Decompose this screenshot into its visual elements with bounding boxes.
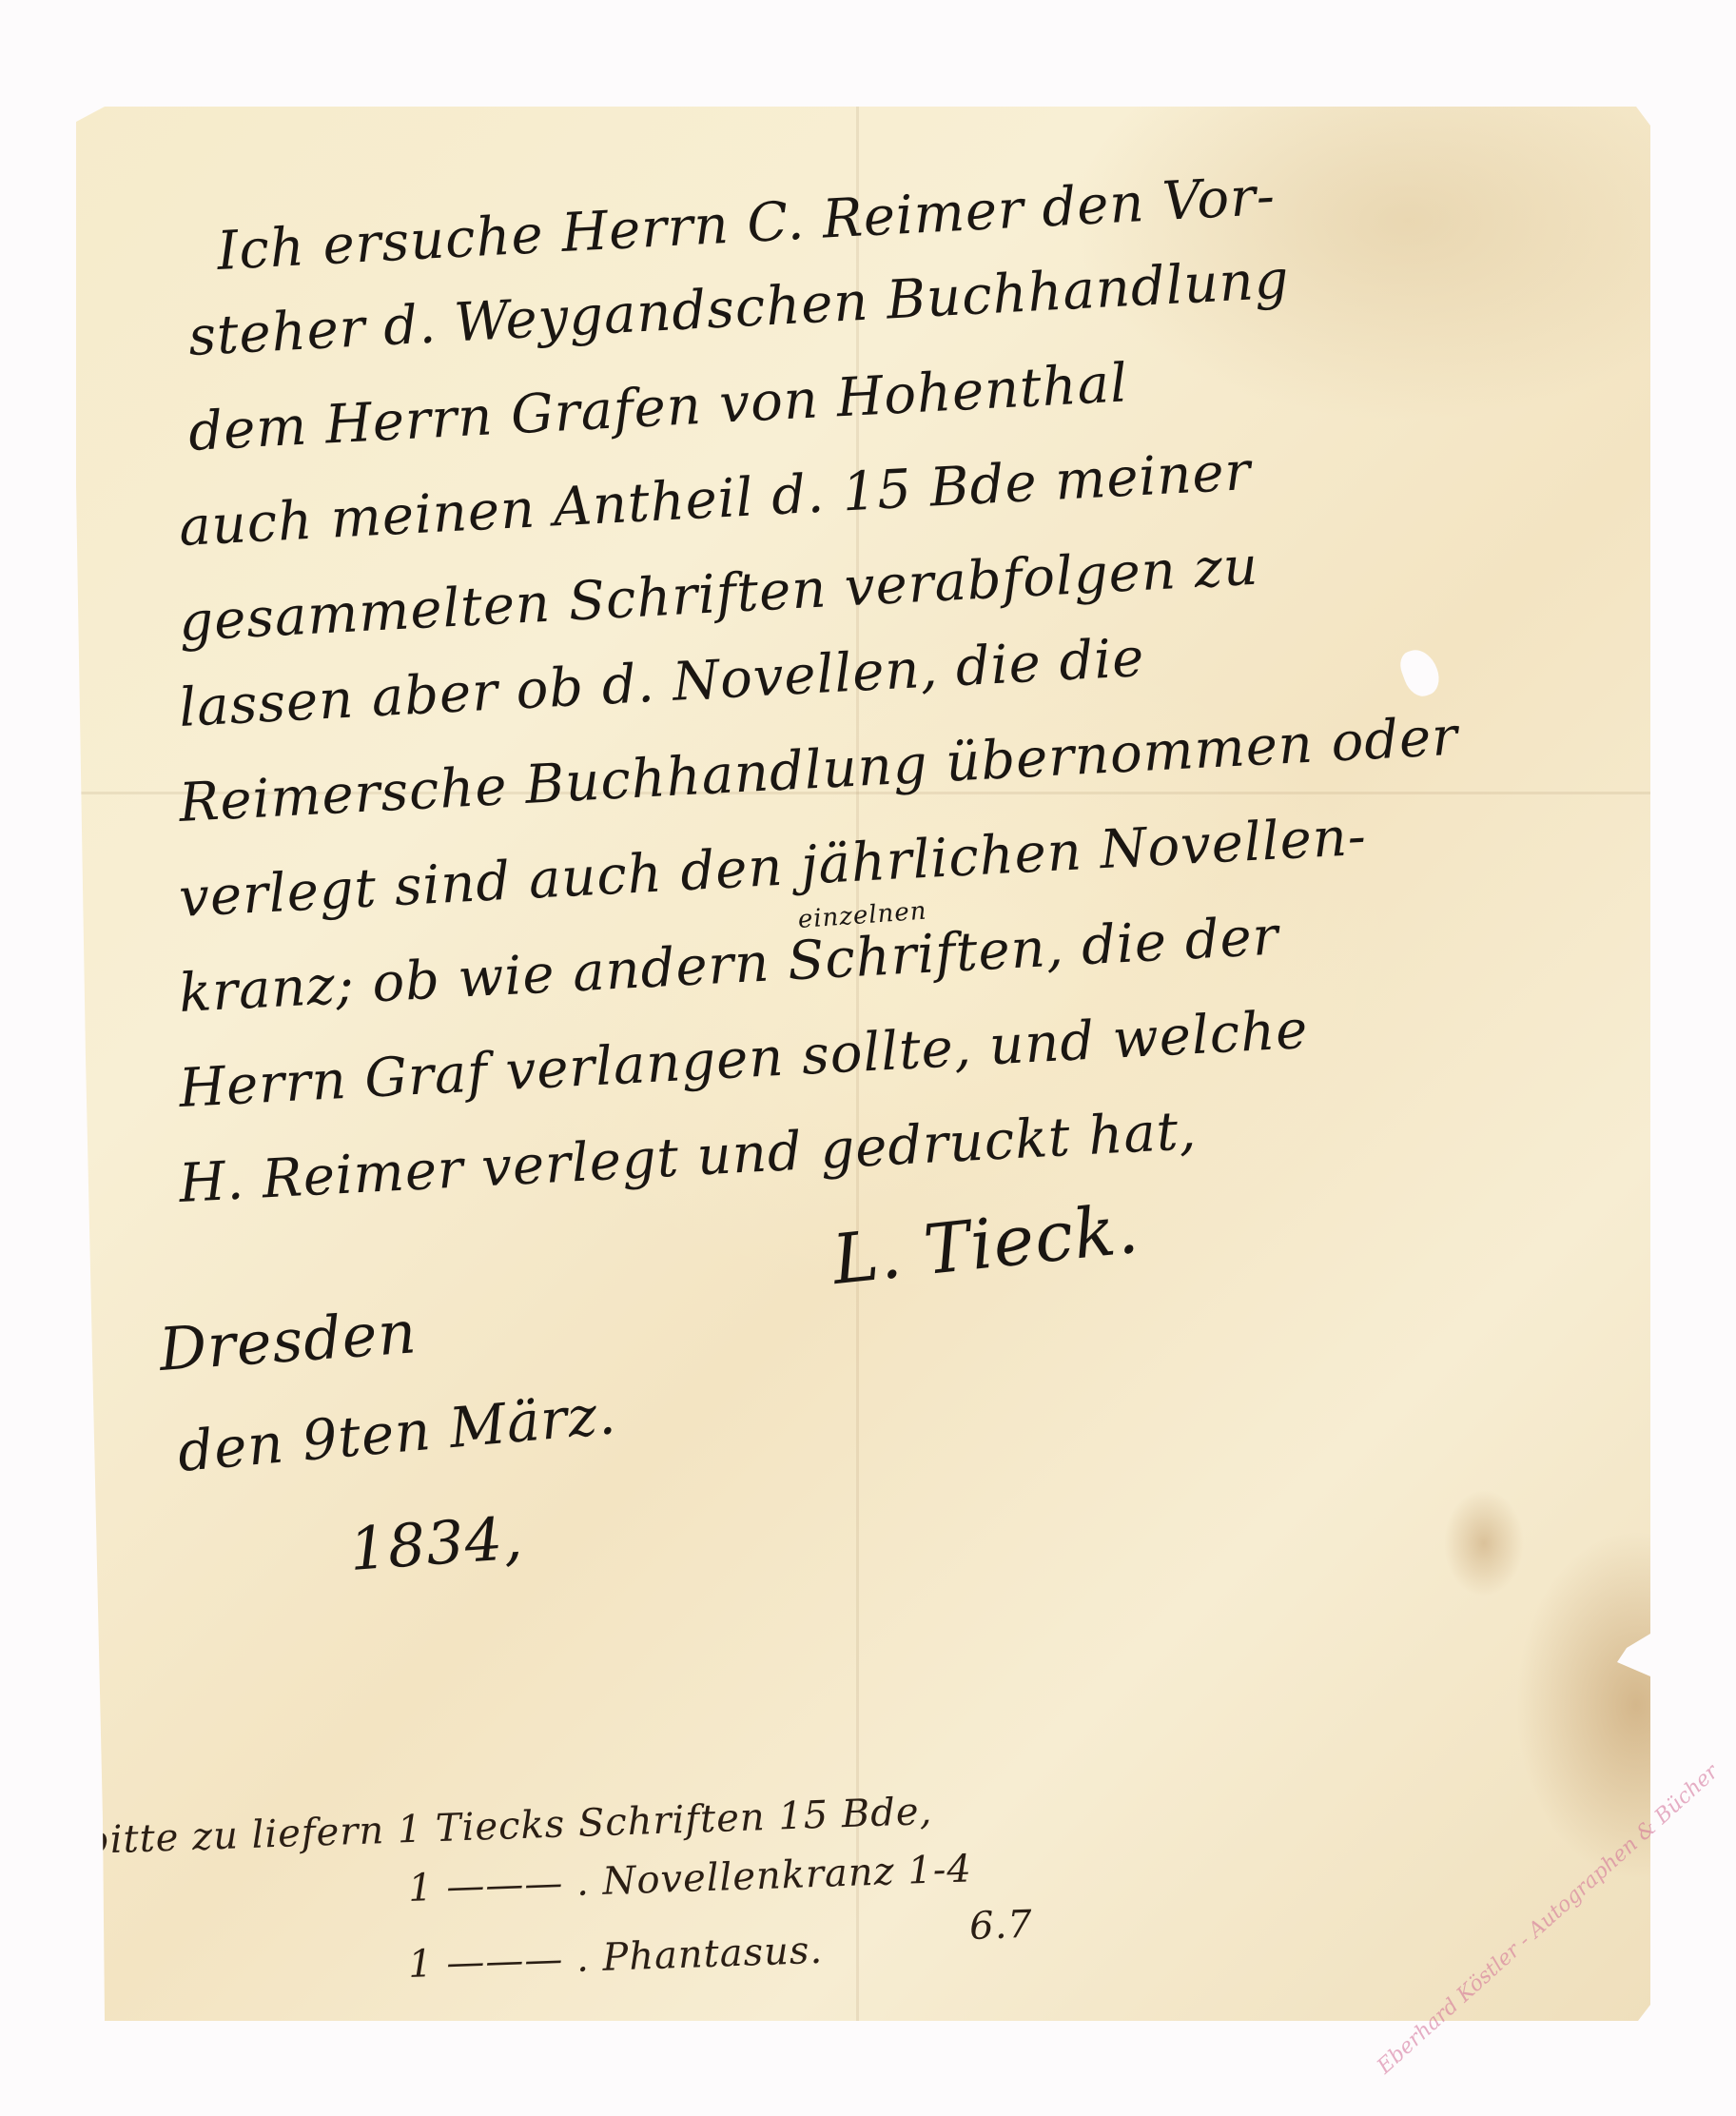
letter-line-3: dem Herrn Grafen von Hohenthal [187, 352, 1130, 463]
signature: L. Tieck. [829, 1188, 1142, 1300]
note-line-2: 1 ——— . Novellenkranz 1-4 [407, 1847, 972, 1910]
letter-line-4-text: auch meinen Antheil d. 15 Bde meiner [178, 441, 1253, 558]
letter-year: 1834, [347, 1502, 525, 1584]
letter-line-4: auch meinen Antheil d. 15 Bde meiner [178, 441, 1253, 558]
place-name: Dresden [157, 1297, 419, 1384]
note-line-3: 6.7 [968, 1903, 1033, 1949]
paper-hole [1396, 644, 1445, 700]
letter-line-10: Herrn Graf verlangen sollte, und welche [178, 999, 1310, 1120]
letter-date: den 9ten März. [175, 1381, 618, 1484]
note-line-4: 1 ——— . Phantasus. [407, 1929, 823, 1987]
letter-line-9: kranz; ob wie andern Schriften, die der [178, 906, 1280, 1025]
letter-sheet: Ich ersuche Herrn C. Reimer den Vor- ste… [76, 107, 1650, 2021]
